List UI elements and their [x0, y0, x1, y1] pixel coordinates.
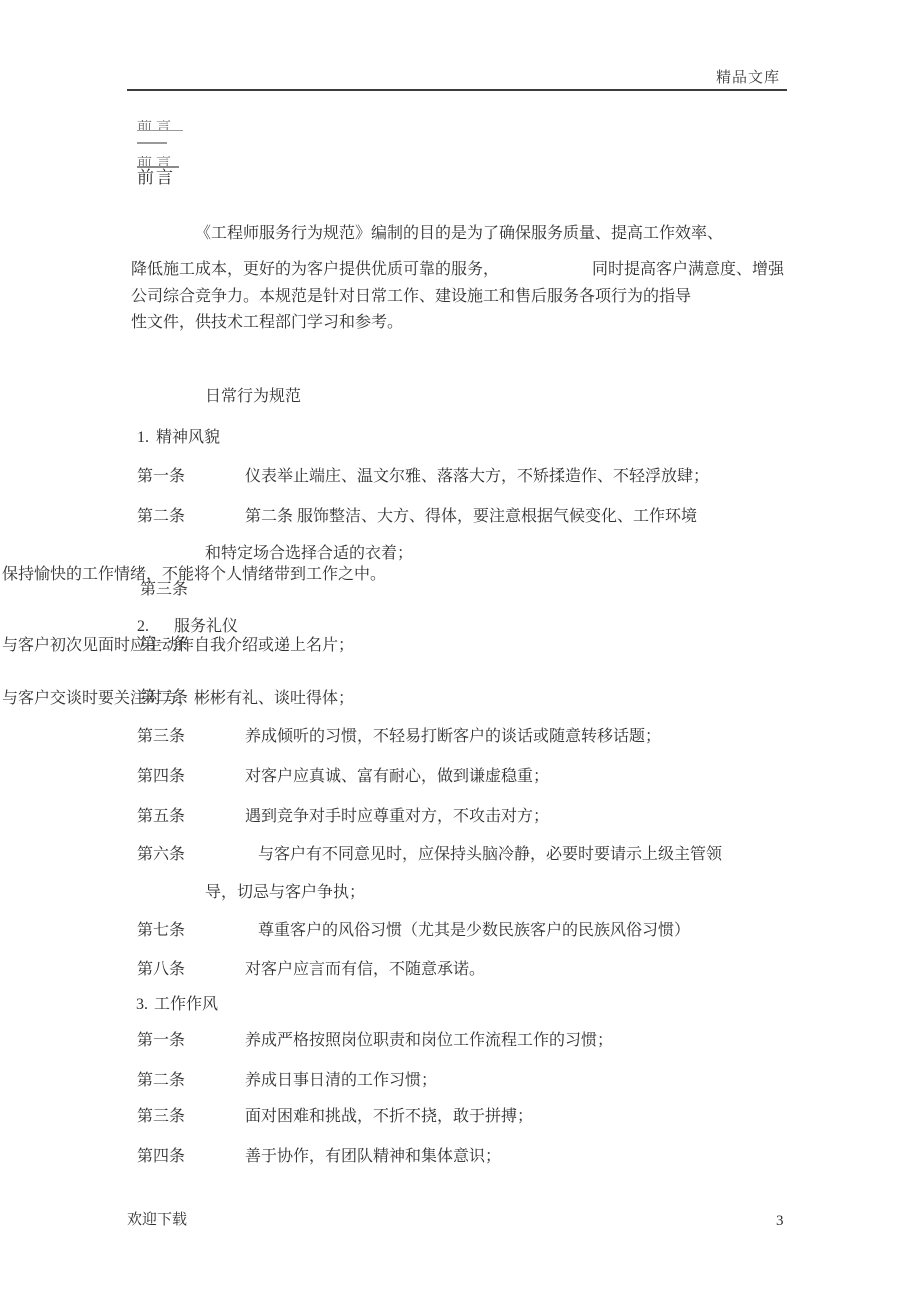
clause-label: 第三条 — [137, 728, 245, 746]
foreword-fragment-rule — [137, 142, 167, 144]
clause-row: 第二条养成日事日清的工作习惯； — [137, 1072, 437, 1090]
clause-label: 第八条 — [137, 961, 245, 979]
intro-line-2: 降低施工成本，更好的为客户提供优质可靠的服务， 同时提高客户满意度、增强 — [131, 261, 499, 279]
section3-title: 工作作风 — [154, 996, 218, 1013]
clause-text: 养成严格按照岗位职责和岗位工作流程工作的习惯； — [245, 1032, 613, 1049]
intro-line-3: 公司综合竞争力。本规范是针对日常工作、建设施工和售后服务各项行为的指导 — [131, 288, 691, 306]
clause-continuation: 导，切忌与客户争执； — [205, 884, 365, 902]
intro-line-2-left: 降低施工成本，更好的为客户提供优质可靠的服务， — [131, 261, 499, 278]
clause-row: 第七条尊重客户的风俗习惯（尤其是少数民族客户的民族风俗习惯） — [137, 922, 690, 940]
clause-label: 第四条 — [137, 768, 245, 786]
overflow-text-line: 保持愉快的工作情绪，不能将个人情绪带到工作之中。 — [2, 566, 386, 584]
clause-row: 第三条面对困难和挑战，不折不挠，敢于拼搏； — [137, 1108, 533, 1126]
section1-heading: 1.精神风貌 — [137, 429, 220, 447]
clause-text: 善于协作，有团队精神和集体意识； — [245, 1148, 501, 1165]
header-brand: 精品文库 — [716, 69, 780, 87]
clause-text: 遇到竞争对手时应尊重对方，不攻击对方； — [245, 808, 549, 825]
section1-number: 1. — [137, 429, 149, 447]
clause-label: 第六条 — [137, 846, 258, 864]
clause-label: 第一条 — [137, 1032, 245, 1050]
clause-text: 面对困难和挑战，不折不挠，敢于拼搏； — [245, 1108, 533, 1125]
clause-row: 第一条养成严格按照岗位职责和岗位工作流程工作的习惯； — [137, 1032, 613, 1050]
daily-behavior-heading: 日常行为规范 — [205, 388, 301, 406]
clause-label: 第二条 — [137, 1072, 245, 1090]
section2-title: 服务礼仪 — [174, 618, 238, 635]
clause-label: 第七条 — [137, 922, 258, 940]
clause-row: 第八条对客户应言而有信，不随意承诺。 — [137, 961, 485, 979]
document-page: 精品文库 前言 前言 前言 《工程师服务行为规范》编制的目的是为了确保服务质量、… — [0, 0, 920, 1303]
foreword-title: 前言 — [137, 169, 175, 187]
clause-row: 第四条善于协作，有团队精神和集体意识； — [137, 1148, 501, 1166]
clause-label: 第三条 — [140, 581, 188, 599]
section1-title: 精神风貌 — [156, 429, 220, 446]
clause-text: 尊重客户的风俗习惯（尤其是少数民族客户的民族风俗习惯） — [258, 922, 690, 939]
section2-number: 2. — [137, 618, 149, 636]
clause-label: 第二条 — [140, 689, 188, 707]
clause-label: 第四条 — [137, 1148, 245, 1166]
clause-text: 第二条 服饰整洁、大方、得体，要注意根据气候变化、工作环境 — [245, 508, 697, 525]
clause-row: 第五条遇到竞争对手时应尊重对方，不攻击对方； — [137, 808, 549, 826]
intro-line-1: 《工程师服务行为规范》编制的目的是为了确保服务质量、提高工作效率、 — [195, 225, 723, 243]
clause-label: 第五条 — [137, 808, 245, 826]
clause-row: 第一条仪表举止端庄、温文尔雅、落落大方，不矫揉造作、不轻浮放肆； — [137, 468, 709, 486]
footer-page-number: 3 — [776, 1212, 784, 1230]
clause-text: 对客户应真诚、富有耐心，做到谦虚稳重； — [245, 768, 549, 785]
clause-text: 仪表举止端庄、温文尔雅、落落大方，不矫揉造作、不轻浮放肆； — [245, 468, 709, 485]
clause-text: 对客户应言而有信，不随意承诺。 — [245, 961, 485, 978]
header-rule — [127, 89, 787, 91]
clause-row: 第三条养成倾听的习惯，不轻易打断客户的谈话或随意转移话题； — [137, 728, 661, 746]
intro-line-2-right: 同时提高客户满意度、增强 — [592, 261, 784, 279]
foreword-fragment-text: 前言 — [137, 156, 179, 168]
clause-row: 第二条第二条 服饰整洁、大方、得体，要注意根据气候变化、工作环境 — [137, 508, 697, 526]
clause-label: 第一条 — [140, 636, 188, 654]
foreword-fragment-1: 前言 — [137, 120, 183, 131]
foreword-fragment-text: 前言 — [137, 120, 183, 131]
section2-heading: 2.服务礼仪 — [137, 618, 238, 636]
intro-line-4: 性文件，供技术工程部门学习和参考。 — [131, 314, 403, 332]
clause-label: 第三条 — [137, 1108, 245, 1126]
section3-heading: 3.工作作风 — [136, 996, 218, 1014]
section3-number: 3. — [136, 996, 148, 1014]
clause-text: 养成日事日清的工作习惯； — [245, 1072, 437, 1089]
clause-label: 第一条 — [137, 468, 245, 486]
clause-text: 与客户有不同意见时，应保持头脑冷静，必要时要请示上级主管领 — [258, 846, 722, 863]
clause-row: 第六条与客户有不同意见时，应保持头脑冷静，必要时要请示上级主管领 — [137, 846, 722, 864]
clause-text: 养成倾听的习惯，不轻易打断客户的谈话或随意转移话题； — [245, 728, 661, 745]
clause-label: 第二条 — [137, 508, 245, 526]
clause-row: 第四条对客户应真诚、富有耐心，做到谦虚稳重； — [137, 768, 549, 786]
foreword-fragment-2: 前言 — [137, 156, 179, 168]
clause-continuation: 和特定场合选择合适的衣着； — [205, 545, 413, 563]
footer-download-note: 欢迎下载 — [127, 1211, 187, 1229]
